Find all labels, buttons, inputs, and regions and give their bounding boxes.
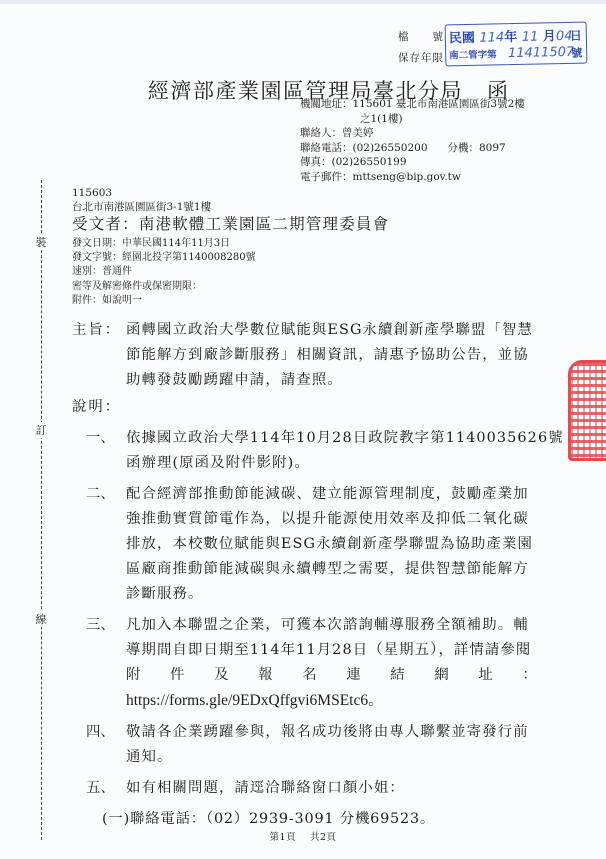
sender-info: 機關地址：115601 臺北市南港區園區街3號2樓 之1(1樓) 聯絡人：曾美婷… <box>300 97 525 184</box>
item-line: 導期間自即日期至114年11月28日（星期五），詳情請參閱 <box>126 638 592 663</box>
subject: 主旨： 函轉國立政治大學數位賦能與ESG永續創新產學聯盟「智慧 節能解方到廠診斷… <box>72 318 592 393</box>
char: 報 <box>258 663 274 688</box>
fax-label: 傳真： <box>300 156 332 168</box>
item-number: 二、 <box>86 482 115 507</box>
item-line: 區廠商推動節能減碳與永續轉型之需要，提供智慧節能解方 <box>126 557 592 582</box>
ext-label: 分機： <box>448 142 480 154</box>
subject-line: 助轉發鼓勵踴躍申請，請查照。 <box>126 368 592 393</box>
email-label: 電子郵件： <box>300 171 353 183</box>
address-line1: 115601 臺北市南港區園區街3號2樓 <box>353 98 525 110</box>
explanation-item-4: 四、 敬請各企業踴躍參與，報名成功後將由專人聯繫並寄發行前 通知。 <box>72 720 592 770</box>
meta-value: 中華民國114年11月3日 <box>122 238 230 249</box>
item-line: 凡加入本聯盟之企業，可獲本次諮詢輔導服務全額補助。輔 <box>126 613 592 638</box>
item-number: 五、 <box>86 776 115 801</box>
file-no-label: 檔 號 <box>396 27 444 48</box>
page-number: 第1頁 <box>269 832 296 843</box>
stamp-month-unit: 月 <box>543 29 556 44</box>
meta-row: 速別：普通件 <box>72 265 256 279</box>
item-line: 依據國立政治大學114年10月28日政院教字第1140035626號 <box>126 426 592 451</box>
recipient: 受文者：南港軟體工業園區二期管理委員會 <box>72 212 389 234</box>
meta-row: 密等及解密條件或保密期限： <box>72 280 256 294</box>
recipient-label: 受文者： <box>72 215 139 233</box>
explanation-item-2: 二、 配合經濟部推動節能減碳、建立能源管理制度，鼓勵產業加 強推動實質節電作為，… <box>72 482 592 607</box>
explanation-item-3: 三、 凡加入本聯盟之企業，可獲本次諮詢輔導服務全額補助。輔 導期間自即日期至11… <box>72 613 592 714</box>
address-line2: 之1(1樓) <box>300 112 525 127</box>
fax-value: (02)26550199 <box>332 156 407 168</box>
stamp-docno-row: 南二管字第 11411507 <box>449 45 574 63</box>
phone-value: (02)26550200 <box>353 142 428 154</box>
page-footer: 第1頁共2頁 <box>0 829 606 843</box>
meta-label: 發文日期： <box>72 238 122 249</box>
record-labels: 檔 號 保存年限 <box>396 27 444 69</box>
phone-label: 聯絡電話： <box>300 142 353 154</box>
postal-code: 115603 <box>72 186 211 200</box>
item-line: 診斷服務。 <box>126 582 592 607</box>
contact-name: 曾美婷 <box>342 127 374 139</box>
official-seal <box>568 360 606 461</box>
registration-link[interactable]: https://forms.gle/9EDxQffgvi6MSEtc6 <box>126 692 368 709</box>
stamp-doc-suffix: 號 <box>571 45 582 61</box>
meta-label: 密等及解密條件或保密期限： <box>72 281 202 292</box>
meta-value: 經園北投字第1140008280號 <box>122 252 256 263</box>
explanation-item-5: 五、 如有相關問題，請逕洽聯絡窗口顏小姐： (一)聯絡電話：（02）2939-3… <box>72 776 592 832</box>
stamp-doc-prefix: 南二管字第 <box>449 49 497 61</box>
item-line: 配合經濟部推動節能減碳、建立能源管理制度，鼓勵產業加 <box>126 482 592 507</box>
char: 網 <box>434 663 450 688</box>
item-line: 如有相關問題，請逕洽聯絡窗口顏小姐： <box>126 776 592 801</box>
item-number: 四、 <box>86 720 115 745</box>
punctuation: 。 <box>368 693 384 709</box>
scan-edge <box>0 0 606 4</box>
stamp-prefix: 民國 <box>449 31 475 47</box>
char: 及 <box>214 663 230 688</box>
char: 件 <box>170 663 186 688</box>
char: 附 <box>126 663 142 688</box>
dispatch-meta: 發文日期：中華民國114年11月3日 發文字號：經園北投字第1140008280… <box>72 237 256 308</box>
stamp-month: 11 <box>522 30 539 45</box>
char: 名 <box>302 663 318 688</box>
document-page: 檔 號 保存年限 民國 114年 11 月04 日 南二管字第 11411507… <box>0 0 606 859</box>
recipient-name: 南港軟體工業園區二期管理委員會 <box>139 215 390 233</box>
stamp-doc-no: 11411507 <box>508 45 574 61</box>
item-line: 排放，本校數位賦能與ESG永續創新產學聯盟為協助產業園 <box>126 532 592 557</box>
retention-label: 保存年限 <box>396 48 444 69</box>
subject-label: 主旨： <box>72 318 121 343</box>
subject-line: 函轉國立政治大學數位賦能與ESG永續創新產學聯盟「智慧 <box>126 318 592 343</box>
receipt-stamp: 民國 114年 11 月04 日 南二管字第 11411507 號 <box>445 22 588 67</box>
stamp-day-unit: 日 <box>570 27 582 44</box>
binding-line <box>41 180 42 840</box>
meta-label: 速別： <box>72 266 102 277</box>
item-line: 強推動實質節電作為，以提升能源使用效率及抑低二氧化碳 <box>126 507 592 532</box>
stamp-year: 114 <box>479 30 504 46</box>
meta-row: 附件：如說明一 <box>72 294 256 308</box>
binding-mark-xian: 線 <box>33 611 49 627</box>
binding-mark-zhuang: 裝 <box>33 234 49 250</box>
char: 址 <box>478 663 494 688</box>
binding-mark-ding: 訂 <box>33 422 49 438</box>
meta-value: 普通件 <box>102 266 132 277</box>
address-label: 機關地址： <box>300 98 353 110</box>
meta-row: 發文日期：中華民國114年11月3日 <box>72 237 256 251</box>
meta-label: 發文字號： <box>72 252 122 263</box>
subject-line: 節能解方到廠診斷服務」相關資訊，請惠予協助公告，並協 <box>126 343 592 368</box>
document-body: 主旨： 函轉國立政治大學數位賦能與ESG永續創新產學聯盟「智慧 節能解方到廠診斷… <box>72 318 592 832</box>
explanation-item-1: 一、 依據國立政治大學114年10月28日政院教字第1140035626號 函辦… <box>72 426 592 476</box>
meta-row: 發文字號：經園北投字第1140008280號 <box>72 251 256 265</box>
char: 結 <box>390 663 406 688</box>
contact-label: 聯絡人： <box>300 127 342 139</box>
char: ： <box>522 663 538 688</box>
item-line: 通知。 <box>126 745 592 770</box>
item-line: 函辦理(原函及附件影附)。 <box>126 451 592 476</box>
item-line: 敬請各企業踴躍參與，報名成功後將由專人聯繫並寄發行前 <box>126 720 592 745</box>
meta-label: 附件： <box>72 295 102 306</box>
stamp-date-row: 民國 114年 11 月04 <box>449 25 573 47</box>
item-line-justified: 附 件 及 報 名 連 結 網 址 ： <box>126 663 538 688</box>
char: 連 <box>346 663 362 688</box>
item-number: 一、 <box>86 426 115 451</box>
stamp-year-unit: 年 <box>504 30 517 45</box>
meta-value: 如說明一 <box>102 295 142 306</box>
ext-value: 8097 <box>479 142 506 154</box>
page-total: 共2頁 <box>310 832 337 843</box>
item-number: 三、 <box>86 613 115 638</box>
explanation-label: 說明： <box>72 395 592 420</box>
recipient-address: 115603 台北市南港區園區街3-1號1樓 <box>72 186 211 214</box>
email-value: mttseng@bip.gov.tw <box>353 171 461 183</box>
